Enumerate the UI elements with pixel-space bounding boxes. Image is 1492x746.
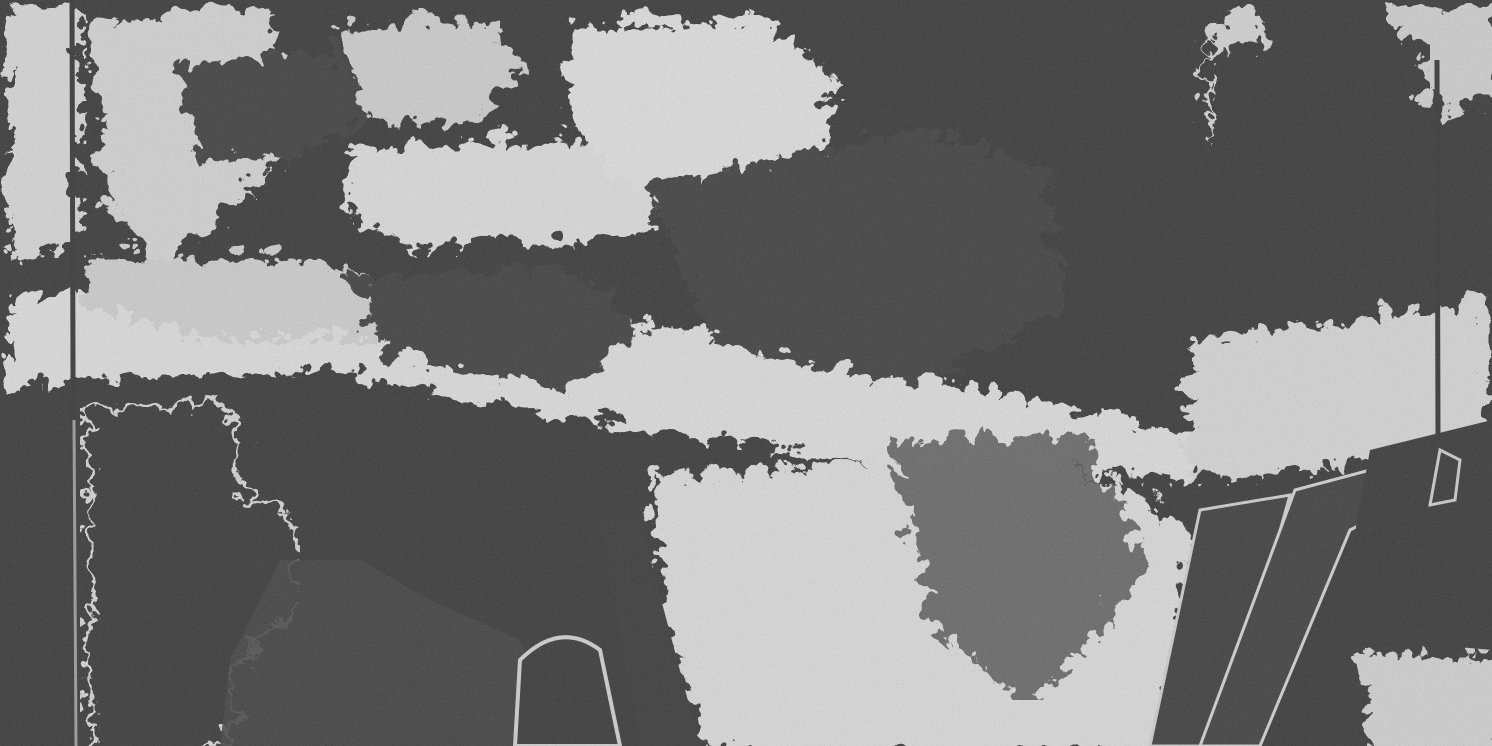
photo-composition <box>0 0 1492 746</box>
halftone-photograph: Grainy black-and-white newspaper-style p… <box>0 0 1492 746</box>
halftone-grain <box>0 0 1492 746</box>
